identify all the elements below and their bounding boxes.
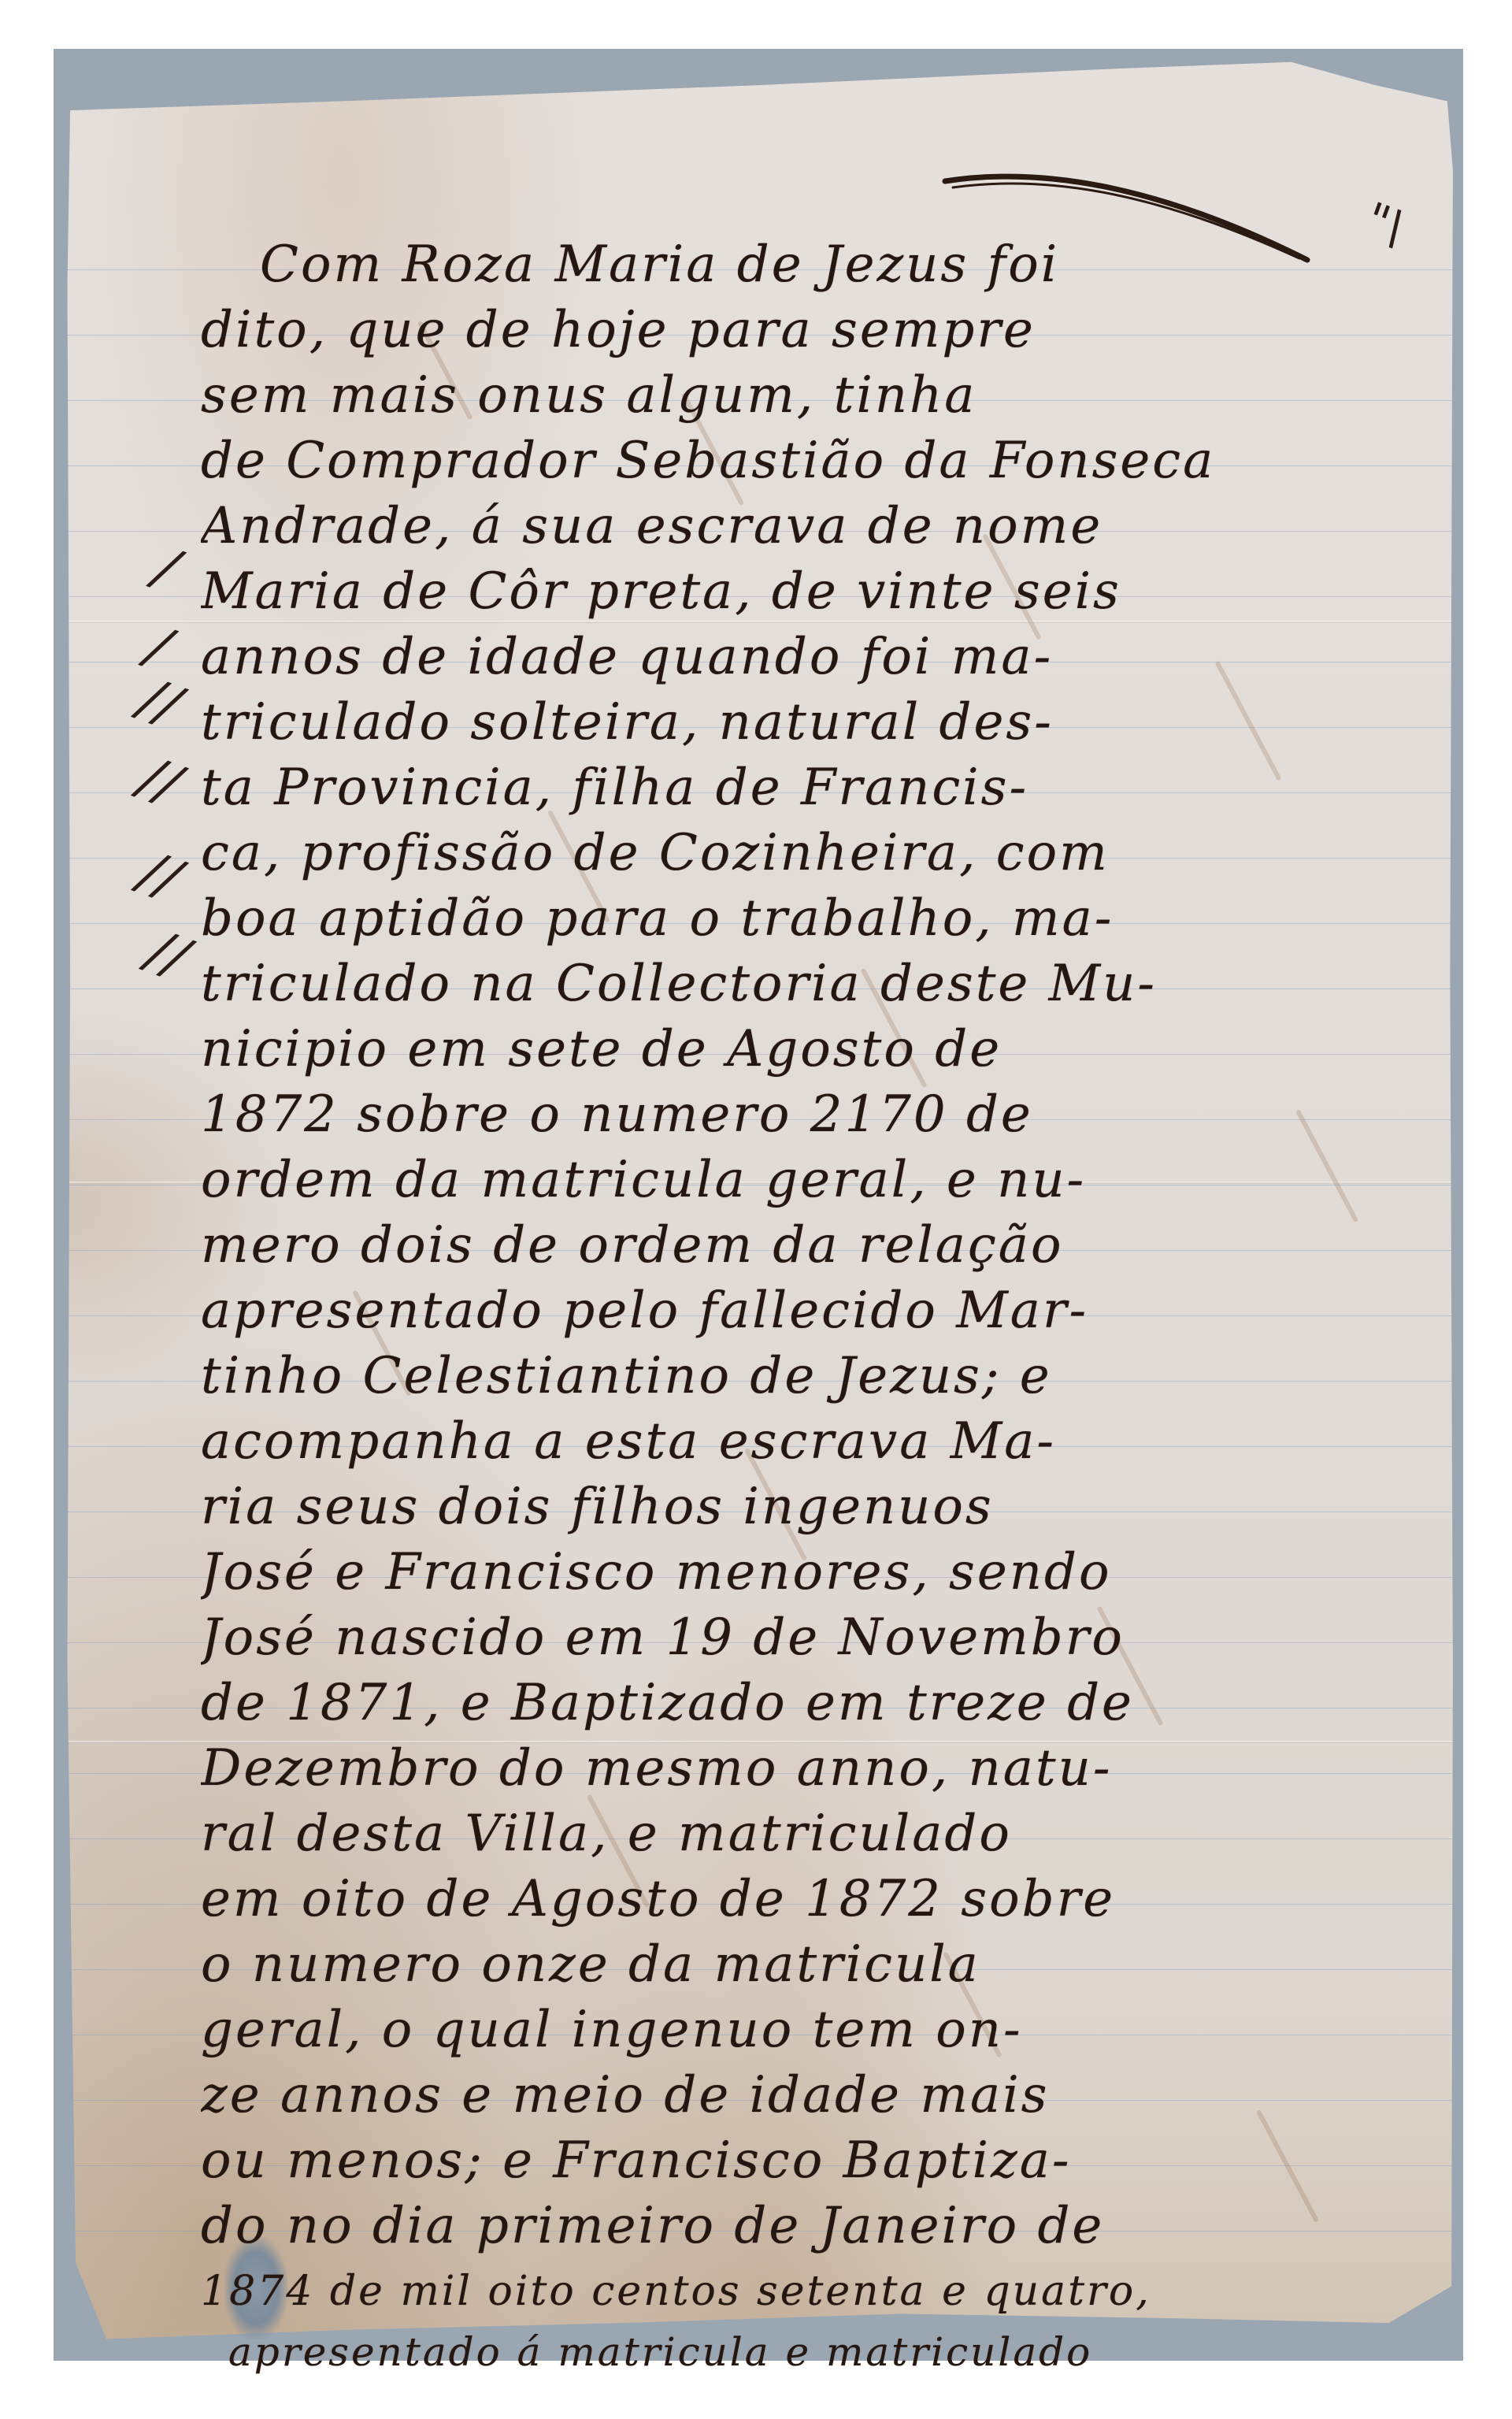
text-line: ze annos e meio de idade mais: [201, 2067, 1437, 2124]
text-line: ca, profissão de Cozinheira, com: [201, 825, 1437, 881]
text-line: acompanha a esta escrava Ma-: [201, 1413, 1437, 1470]
text-line: boa aptidão para o trabalho, ma-: [201, 890, 1437, 947]
text-line: sem mais onus algum, tinha: [201, 367, 1437, 424]
text-line: 1872 sobre o numero 2170 de: [201, 1086, 1437, 1143]
text-line: ou menos; e Francisco Baptiza-: [201, 2132, 1437, 2189]
text-line: mero dois de ordem da relação: [201, 1217, 1437, 1274]
transcribed-text: Com Roza Maria de Jezus foi dito, que de…: [0, 0, 1512, 2419]
text-line: nicipio em sete de Agosto de: [201, 1021, 1437, 1078]
text-line: 1874 de mil oito centos setenta e quatro…: [201, 2263, 1437, 2320]
text-line: dito, que de hoje para sempre: [201, 302, 1437, 358]
text-line: de 1871, e Baptizado em treze de: [201, 1675, 1437, 1731]
text-line: Com Roza Maria de Jezus foi: [260, 236, 1496, 293]
text-line: ta Provincia, filha de Francis-: [201, 759, 1437, 816]
text-line: o numero onze da matricula: [201, 1936, 1437, 1993]
text-line: apresentado pelo fallecido Mar-: [201, 1282, 1437, 1339]
text-line: annos de idade quando foi ma-: [201, 629, 1437, 685]
text-line: Maria de Côr preta, de vinte seis: [201, 563, 1437, 620]
text-line: do no dia primeiro de Janeiro de: [201, 2198, 1437, 2254]
text-line: ordem da matricula geral, e nu-: [201, 1152, 1437, 1208]
text-line: José nascido em 19 de Novembro: [201, 1609, 1437, 1666]
text-line: apresentado á matricula e matriculado: [228, 2324, 1465, 2380]
text-line: Andrade, á sua escrava de nome: [201, 498, 1437, 555]
text-line: triculado na Collectoria deste Mu-: [201, 955, 1437, 1012]
text-line: Dezembro do mesmo anno, natu-: [201, 1740, 1437, 1797]
text-line: geral, o qual ingenuo tem on-: [201, 2002, 1437, 2058]
text-line: ria seus dois filhos ingenuos: [201, 1478, 1437, 1535]
text-line: tinho Celestiantino de Jezus; e: [201, 1348, 1437, 1404]
text-line: de Comprador Sebastião da Fonseca: [201, 432, 1437, 489]
text-line: triculado solteira, natural des-: [201, 694, 1437, 751]
text-line: ral desta Villa, e matriculado: [201, 1805, 1437, 1862]
text-line: em oito de Agosto de 1872 sobre: [201, 1871, 1437, 1927]
text-line: José e Francisco menores, sendo: [201, 1544, 1437, 1601]
